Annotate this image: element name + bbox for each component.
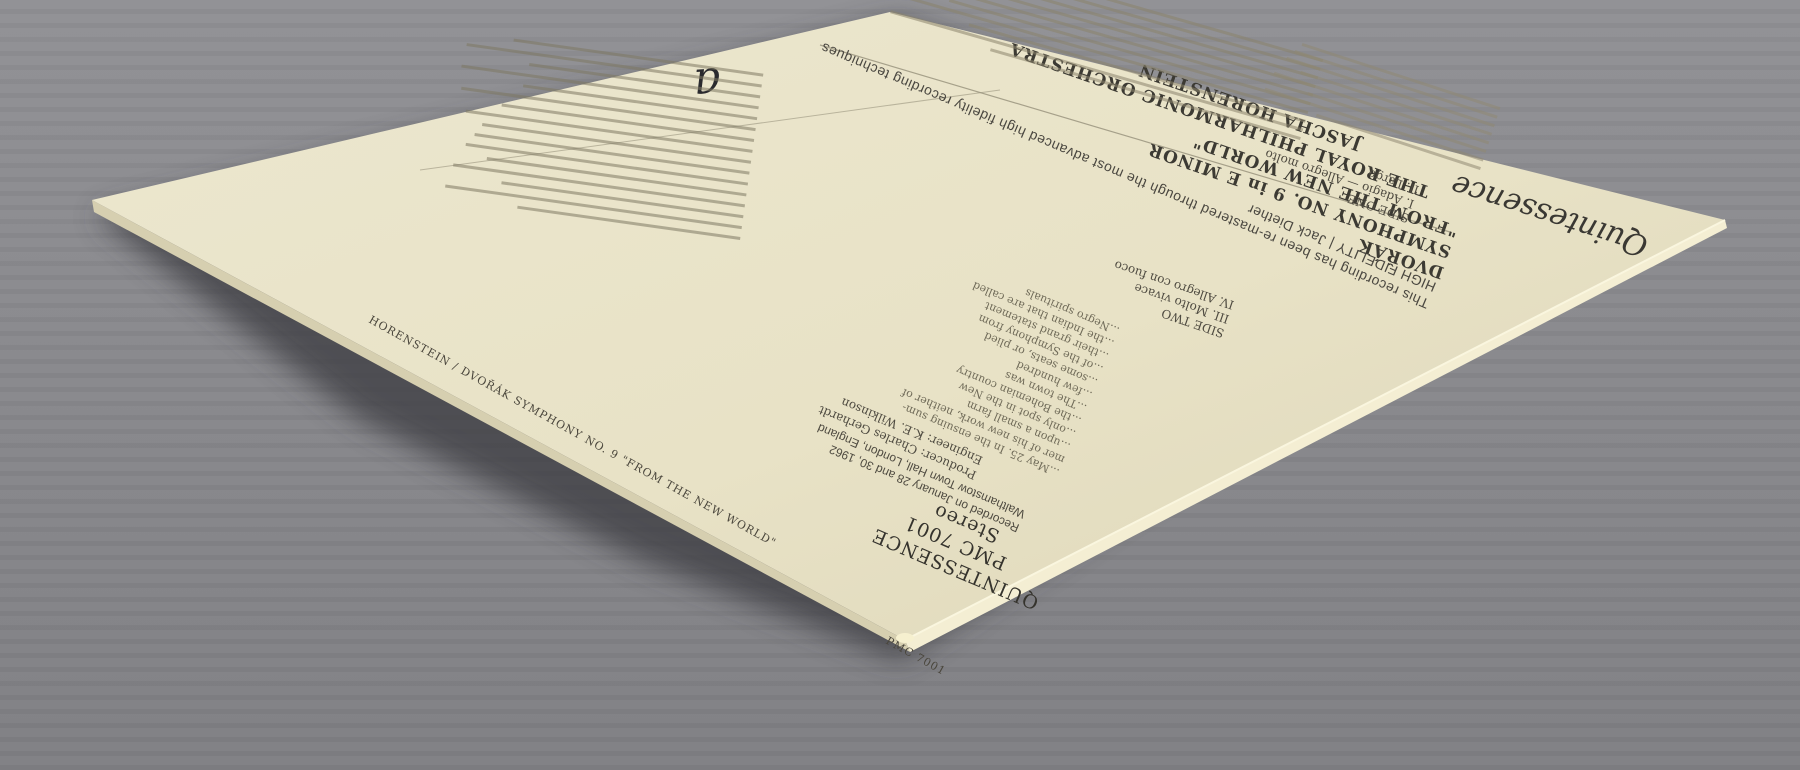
worn-corner bbox=[896, 633, 914, 643]
photo-scene: a Quintessence DVOŘÁK SYMPHONY NO. 9 in … bbox=[0, 0, 1800, 770]
